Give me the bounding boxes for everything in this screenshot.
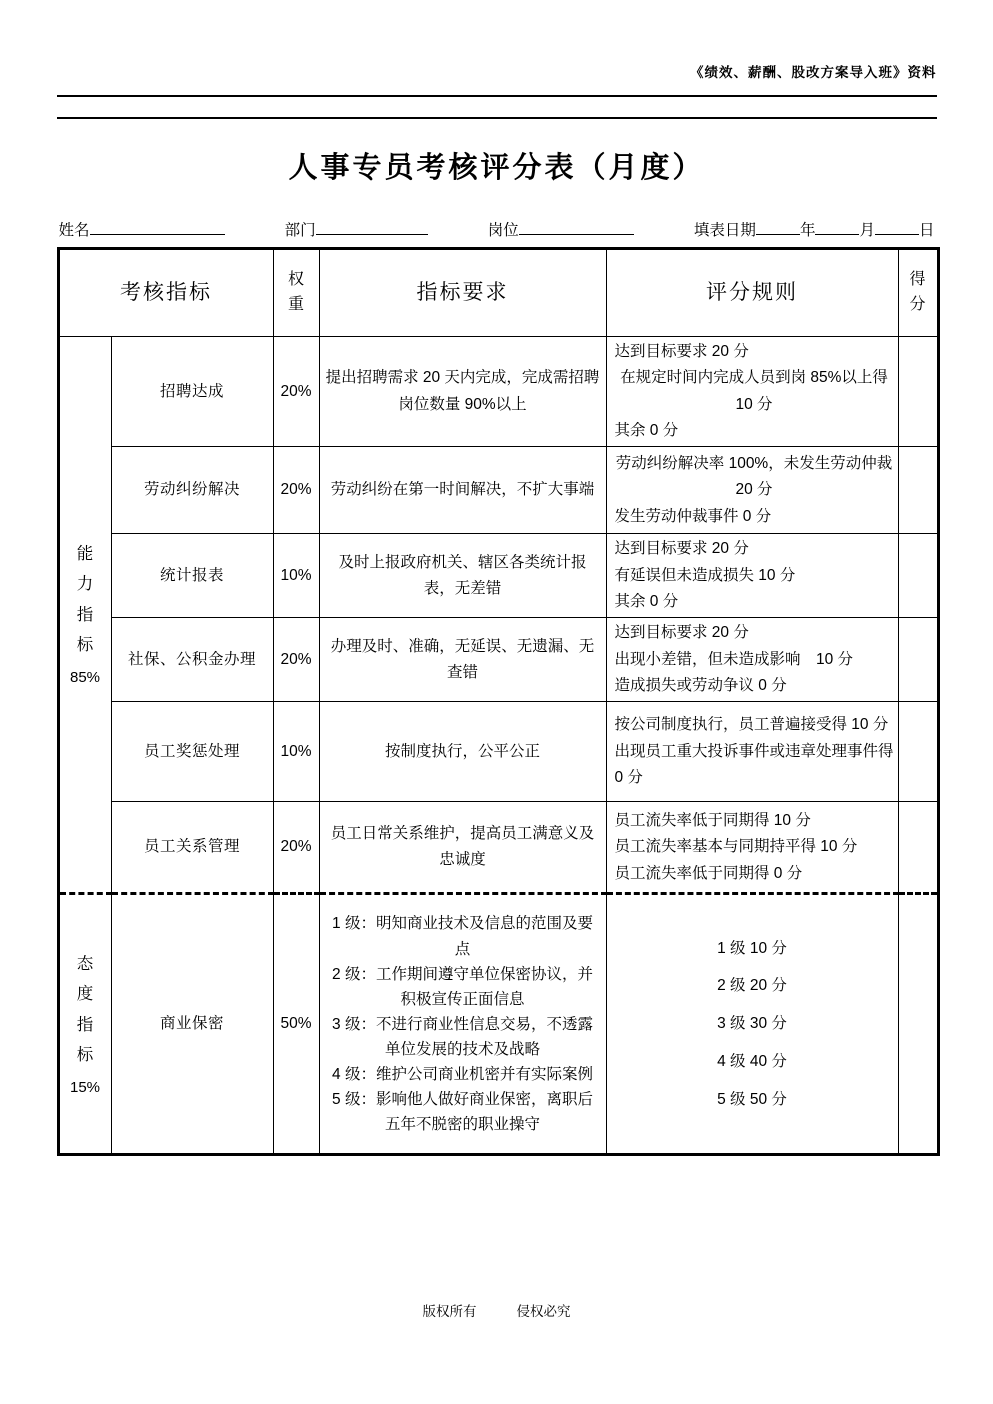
weight-cell: 10% — [273, 702, 319, 802]
weight-cell: 10% — [273, 534, 319, 618]
requirement-cell: 及时上报政府机关、辖区各类统计报表，无差错 — [319, 534, 606, 618]
rule-line-text: 其余 0 分 — [615, 589, 894, 615]
name-field: 姓名 — [59, 218, 225, 240]
rule-line-text: 2 级 20 分 — [613, 967, 892, 1005]
name-label: 姓名 — [59, 222, 90, 239]
score-cell — [898, 894, 938, 1155]
month-label: 月 — [859, 222, 875, 239]
header-note: 《绩效、薪酬、股改方案导入班》资料 — [57, 64, 937, 82]
table-row: 统计报表 10% 及时上报政府机关、辖区各类统计报表，无差错 达到目标要求 20… — [58, 534, 938, 618]
score-cell — [898, 534, 938, 618]
document-page: 《绩效、薪酬、股改方案导入班》资料 人事专员考核评分表（月度） 姓名 部门 岗位… — [0, 0, 993, 1404]
copyright-text: 版权所有 — [423, 1300, 477, 1320]
indicator-cell: 社保、公积金办理 — [111, 618, 273, 702]
rule-line-text: 达到目标要求 20 分 — [615, 339, 894, 365]
requirement-cell: 按制度执行，公平公正 — [319, 702, 606, 802]
rule-line-text: 员工流失率低于同期得 10 分 — [615, 808, 894, 834]
rule-line-text: 达到目标要求 20 分 — [615, 536, 894, 562]
divider-line-top — [57, 95, 937, 97]
weight-cell: 20% — [273, 802, 319, 894]
table-row: 劳动纠纷解决 20% 劳动纠纷在第一时间解决，不扩大事端 劳动纠纷解决率 100… — [58, 447, 938, 534]
rules-cell: 1 级 10 分 2 级 20 分 3 级 30 分 4 级 40 分 5 级 … — [606, 894, 898, 1155]
requirement-cell: 员工日常关系维护，提高员工满意义及忠诚度 — [319, 802, 606, 894]
divider-line-bottom — [57, 117, 937, 119]
form-info-row: 姓名 部门 岗位 填表日期年月日 — [57, 218, 937, 240]
indicator-cell: 商业保密 — [111, 894, 273, 1155]
fill-date-field: 填表日期年月日 — [694, 218, 935, 240]
page-title: 人事专员考核评分表（月度） — [57, 145, 937, 186]
rule-line-text: 员工流失率基本与同期持平得 10 分 — [615, 834, 894, 860]
rules-cell: 达到目标要求 20 分 有延误但未造成损失 10 分 其余 0 分 — [606, 534, 898, 618]
weight-cell: 20% — [273, 447, 319, 534]
table-header-row: 考核指标 权重 指标要求 评分规则 得分 — [58, 249, 938, 337]
table-row: 员工关系管理 20% 员工日常关系维护，提高员工满意义及忠诚度 员工流失率低于同… — [58, 802, 938, 894]
rules-cell: 达到目标要求 20 分 在规定时间内完成人员到岗 85%以上得 10 分 其余 … — [606, 337, 898, 447]
header-requirement: 指标要求 — [319, 249, 606, 337]
requirement-level-line: 4 级：维护公司商业机密并有实际案例 — [326, 1062, 600, 1087]
rule-line-text: 1 级 10 分 — [613, 930, 892, 968]
rule-line-text: 4 级 40 分 — [613, 1043, 892, 1081]
group-cell-ability: 能力指标 85% — [58, 337, 111, 894]
score-cell — [898, 702, 938, 802]
header-rules: 评分规则 — [606, 249, 898, 337]
weight-cell: 20% — [273, 618, 319, 702]
day-label: 日 — [919, 222, 935, 239]
position-label: 岗位 — [488, 222, 519, 239]
requirement-level-line: 3 级：不进行商业性信息交易，不透露单位发展的技术及战略 — [326, 1012, 600, 1062]
position-blank-line — [519, 220, 634, 235]
rule-line-text: 发生劳动仲裁事件 0 分 — [615, 504, 894, 530]
requirement-cell: 办理及时、准确，无延误、无遗漏、无查错 — [319, 618, 606, 702]
department-field: 部门 — [285, 218, 428, 240]
group-label: 能力指标 — [76, 539, 95, 661]
requirement-cell: 提出招聘需求 20 天内完成，完成需招聘岗位数量 90%以上 — [319, 337, 606, 447]
infringement-text: 侵权必究 — [517, 1300, 571, 1320]
score-cell — [898, 618, 938, 702]
score-cell — [898, 802, 938, 894]
rule-line-text: 员工流失率低于同期得 0 分 — [615, 861, 894, 887]
rule-line-text: 有延误但未造成损失 10 分 — [615, 563, 894, 589]
requirement-level-line: 1 级：明知商业技术及信息的范围及要点 — [326, 911, 600, 961]
indicator-cell: 招聘达成 — [111, 337, 273, 447]
group-label: 态度指标 — [76, 949, 95, 1071]
position-field: 岗位 — [488, 218, 634, 240]
table-row: 态度指标 15% 商业保密 50% 1 级：明知商业技术及信息的范围及要点 2 … — [58, 894, 938, 1155]
rule-line-text: 出现小差错，但未造成影响 10 分 — [615, 647, 894, 673]
assessment-table: 考核指标 权重 指标要求 评分规则 得分 能力指标 85% 招聘达成 20% 提… — [57, 247, 940, 1156]
rule-line-text: 3 级 30 分 — [613, 1005, 892, 1043]
rules-cell: 员工流失率低于同期得 10 分 员工流失率基本与同期持平得 10 分 员工流失率… — [606, 802, 898, 894]
table-row: 员工奖惩处理 10% 按制度执行，公平公正 按公司制度执行，员工普遍接受得 10… — [58, 702, 938, 802]
table-row: 能力指标 85% 招聘达成 20% 提出招聘需求 20 天内完成，完成需招聘岗位… — [58, 337, 938, 447]
department-blank-line — [316, 220, 428, 235]
requirement-cell: 1 级：明知商业技术及信息的范围及要点 2 级：工作期间遵守单位保密协议，并积极… — [319, 894, 606, 1155]
header-score: 得分 — [898, 249, 938, 337]
rule-line-text: 在规定时间内完成人员到岗 85%以上得 10 分 — [615, 365, 894, 418]
rules-cell: 按公司制度执行，员工普遍接受得 10 分 出现员工重大投诉事件或违章处理事件得 … — [606, 702, 898, 802]
name-blank-line — [90, 220, 225, 235]
header-weight: 权重 — [273, 249, 319, 337]
table-row: 社保、公积金办理 20% 办理及时、准确，无延误、无遗漏、无查错 达到目标要求 … — [58, 618, 938, 702]
indicator-cell: 员工奖惩处理 — [111, 702, 273, 802]
score-cell — [898, 447, 938, 534]
rule-line-text: 其余 0 分 — [615, 418, 894, 444]
rule-line-text: 出现员工重大投诉事件或违章处理事件得 0 分 — [615, 739, 894, 792]
indicator-cell: 劳动纠纷解决 — [111, 447, 273, 534]
rule-line-text: 达到目标要求 20 分 — [615, 620, 894, 646]
group-percent: 15% — [60, 1075, 111, 1101]
requirement-cell: 劳动纠纷在第一时间解决，不扩大事端 — [319, 447, 606, 534]
rule-line-text: 劳动纠纷解决率 100%，未发生劳动仲裁 20 分 — [615, 451, 894, 504]
day-blank-line — [875, 220, 919, 235]
year-blank-line — [756, 220, 800, 235]
rules-cell: 达到目标要求 20 分 出现小差错，但未造成影响 10 分 造成损失或劳动争议 … — [606, 618, 898, 702]
requirement-level-line: 2 级：工作期间遵守单位保密协议，并积极宣传正面信息 — [326, 962, 600, 1012]
weight-cell: 20% — [273, 337, 319, 447]
score-cell — [898, 337, 938, 447]
rule-line-text: 造成损失或劳动争议 0 分 — [615, 673, 894, 699]
rule-line-text: 按公司制度执行，员工普遍接受得 10 分 — [615, 712, 894, 738]
group-percent: 85% — [60, 665, 111, 691]
requirement-level-line: 5 级：影响他人做好商业保密，离职后五年不脱密的职业操守 — [326, 1087, 600, 1137]
fill-date-label: 填表日期 — [694, 222, 756, 239]
rules-cell: 劳动纠纷解决率 100%，未发生劳动仲裁 20 分 发生劳动仲裁事件 0 分 — [606, 447, 898, 534]
month-blank-line — [815, 220, 859, 235]
page-footer: 版权所有 侵权必究 — [0, 1300, 993, 1320]
indicator-cell: 统计报表 — [111, 534, 273, 618]
year-label: 年 — [800, 222, 816, 239]
department-label: 部门 — [285, 222, 316, 239]
group-cell-attitude: 态度指标 15% — [58, 894, 111, 1155]
weight-cell: 50% — [273, 894, 319, 1155]
header-indicator: 考核指标 — [58, 249, 273, 337]
indicator-cell: 员工关系管理 — [111, 802, 273, 894]
rule-line-text: 5 级 50 分 — [613, 1081, 892, 1119]
